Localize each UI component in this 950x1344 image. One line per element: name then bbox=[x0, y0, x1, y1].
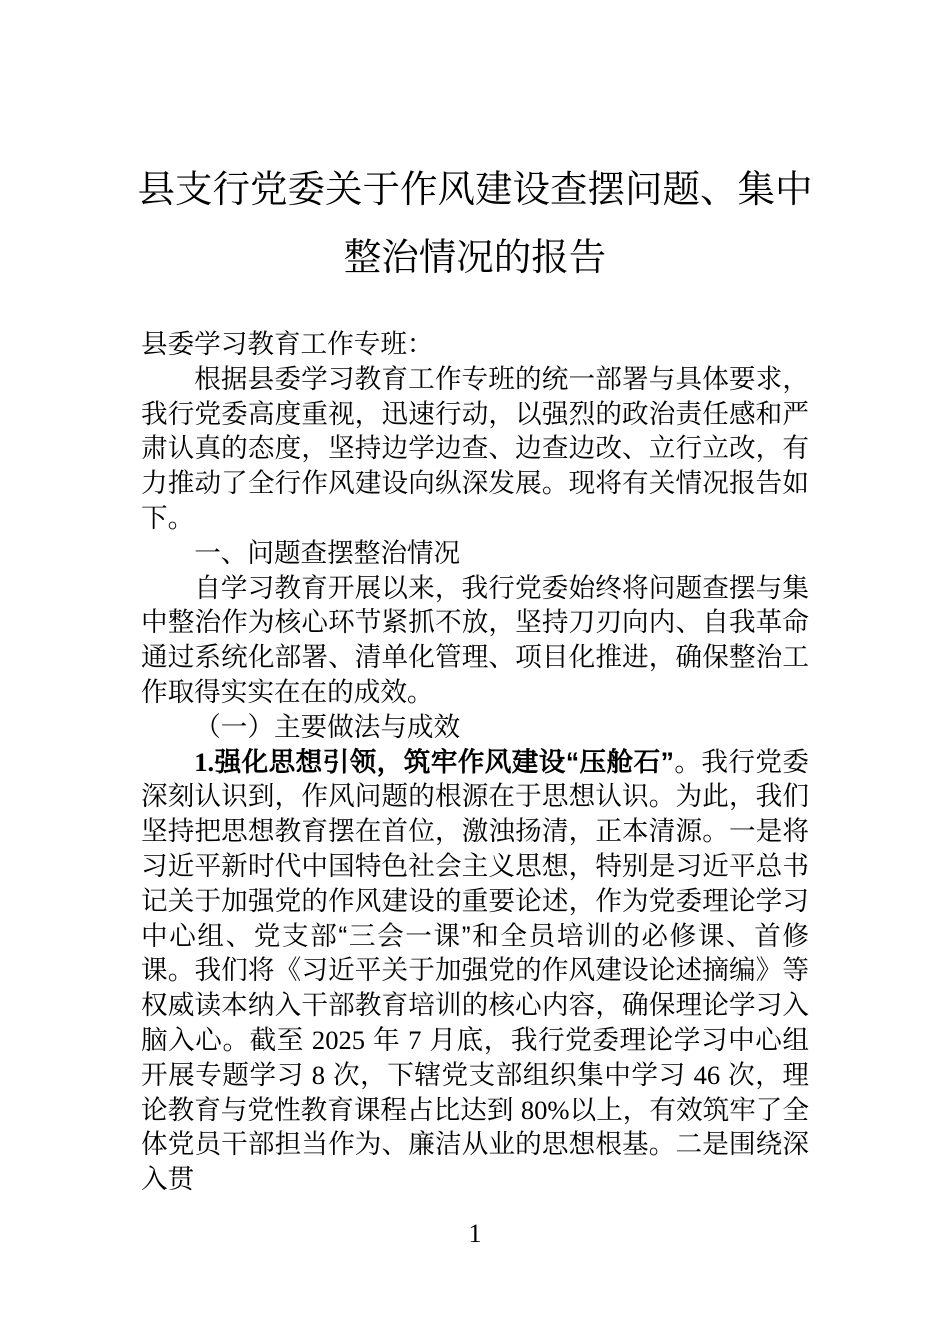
paragraph: 1.强化思想引领，筑牢作风建设“压舱石”。我行党委深刻认识到，作风问题的根源在于… bbox=[141, 745, 809, 1197]
numeric-text: 7 bbox=[408, 1025, 421, 1055]
numeric-text: 2025 bbox=[312, 1025, 365, 1055]
paragraph: 一、问题查摆整治情况 bbox=[141, 536, 809, 571]
numeric-text: 1. bbox=[194, 747, 214, 777]
page-number: 1 bbox=[0, 1219, 950, 1249]
text-run: 。我行党委深刻认识到，作风问题的根源在于思想认识。为此，我们坚持把思想教育摆在首… bbox=[141, 747, 809, 1195]
paragraph: （一）主要做法与成效 bbox=[141, 710, 809, 745]
paragraph: 自学习教育开展以来，我行党委始终将问题查摆与集中整治作为核心环节紧抓不放，坚持刀… bbox=[141, 571, 809, 710]
text-run: 根据县委学习教育工作专班的统一部署与具体要求，我行党委高度重视，迅速行动，以强烈… bbox=[141, 364, 809, 533]
text-run: （一）主要做法与成效 bbox=[194, 712, 460, 742]
numeric-text: 8 bbox=[312, 1060, 325, 1090]
document-title: 县支行党委关于作风建设查摆问题、集中整治情况的报告 bbox=[135, 155, 815, 291]
text-run: 县委学习教育工作专班： bbox=[141, 329, 434, 359]
document-body: 县委学习教育工作专班：根据县委学习教育工作专班的统一部署与具体要求，我行党委高度… bbox=[141, 327, 809, 1197]
bold-run: 1.强化思想引领，筑牢作风建设“压舱石” bbox=[194, 747, 674, 777]
text-run: 一、问题查摆整治情况 bbox=[194, 538, 460, 568]
text-run: 自学习教育开展以来，我行党委始终将问题查摆与集中整治作为核心环节紧抓不放，坚持刀… bbox=[141, 573, 809, 707]
paragraph: 根据县委学习教育工作专班的统一部署与具体要求，我行党委高度重视，迅速行动，以强烈… bbox=[141, 362, 809, 536]
numeric-text: 80% bbox=[521, 1095, 570, 1125]
document-page: 县支行党委关于作风建设查摆问题、集中整治情况的报告 县委学习教育工作专班：根据县… bbox=[0, 0, 950, 1344]
paragraph: 县委学习教育工作专班： bbox=[141, 327, 809, 362]
numeric-text: 46 bbox=[694, 1060, 721, 1090]
